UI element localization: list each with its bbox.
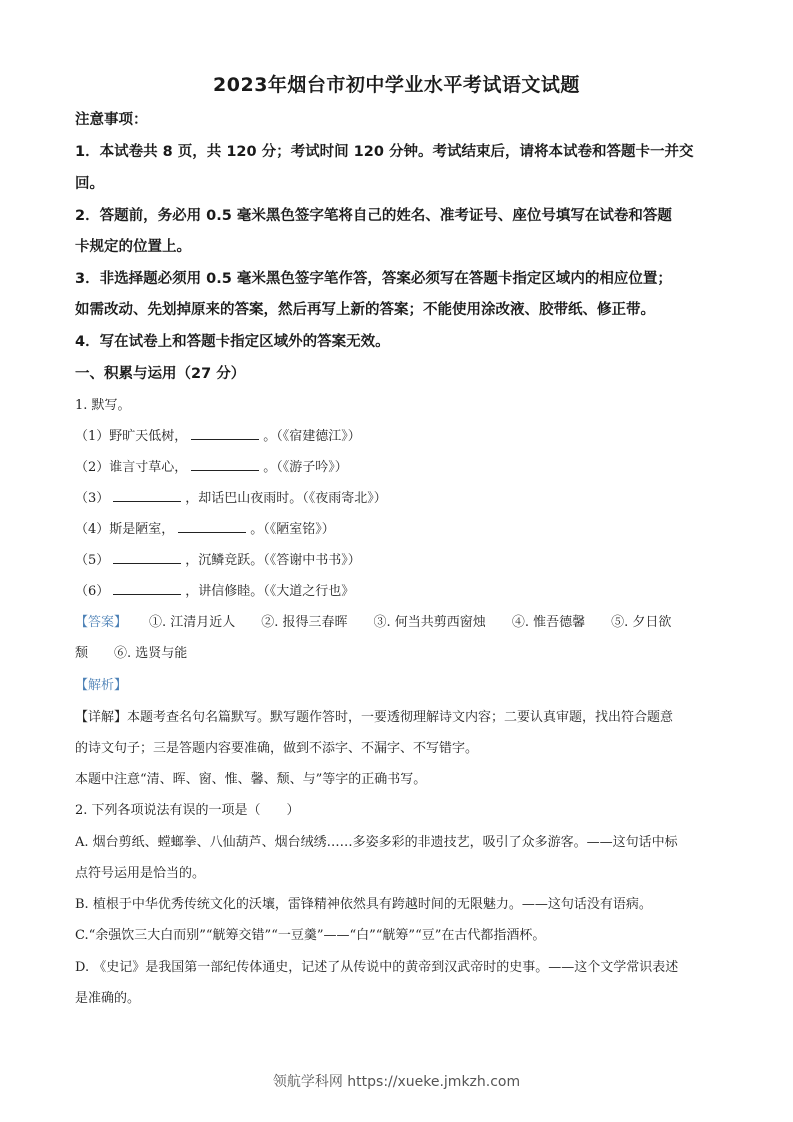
- exam-page: 2023年烟台市初中学业水平考试语文试题 注意事项： 1．本试卷共 8 页，共 …: [0, 0, 793, 1122]
- item-source: 。（《宿建德江》）: [263, 429, 361, 444]
- notice-item-1-cont: 回。: [75, 172, 725, 193]
- item-number: （4）: [75, 522, 109, 537]
- item-text: ，沉鳞竞跃。（《答谢中书书》）: [185, 553, 361, 568]
- q1-item-6: （6），讲信修睦。（《大道之行也》: [75, 580, 725, 599]
- notice-item-3-cont: 如需改动、先划掉原来的答案，然后再写上新的答案；不能使用涂改液、胶带纸、修正带。: [75, 298, 725, 319]
- item-source: 。（《游子吟》）: [263, 460, 348, 475]
- q1-item-5: （5），沉鳞竞跃。（《答谢中书书》）: [75, 549, 725, 568]
- answer-item: ⑤. 夕日欲: [611, 615, 671, 630]
- notice-item-4: 4．写在试卷上和答题卡指定区域外的答案无效。: [75, 330, 725, 351]
- page-title: 2023年烟台市初中学业水平考试语文试题: [0, 70, 793, 97]
- answer-item: ④. 惟吾德馨: [512, 615, 585, 630]
- q2-option-d-cont: 是准确的。: [75, 987, 725, 1006]
- detail-line-2: 的诗文句子；三是答题内容要准确，做到不添字、不漏字、不写错字。: [75, 737, 725, 756]
- notice-heading: 注意事项：: [75, 108, 725, 129]
- q2-option-c: C.“余强饮三大白而别”“觥筹交错”“一豆羹”——“白”“觥筹”“豆”在古代都指…: [75, 924, 725, 943]
- fill-blank: [191, 459, 259, 471]
- question-1-stem: 1. 默写。: [75, 394, 725, 413]
- answer-item: 颓: [75, 646, 88, 661]
- answer-label: 【答案】: [75, 615, 127, 630]
- item-text: 谁言寸草心，: [109, 460, 187, 475]
- item-text: 斯是陋室，: [109, 522, 174, 537]
- fill-blank: [178, 521, 246, 533]
- footer-watermark: 领航学科网 https://xueke.jmkzh.com: [0, 1071, 793, 1091]
- q2-option-d: D. 《史记》是我国第一部纪传体通史，记述了从传说中的黄帝到汉武帝时的史事。——…: [75, 956, 725, 975]
- item-source: 。（《陋室铭》）: [250, 522, 335, 537]
- answer-line: 【答案】①. 江清月近人②. 报得三春晖③. 何当共剪西窗烛④. 惟吾德馨⑤. …: [75, 611, 725, 630]
- item-number: （1）: [75, 429, 109, 444]
- q1-item-2: （2）谁言寸草心，。（《游子吟》）: [75, 456, 725, 475]
- item-text: ，讲信修睦。（《大道之行也》: [185, 584, 354, 599]
- item-number: （6）: [75, 584, 109, 599]
- item-number: （2）: [75, 460, 109, 475]
- answer-line-2: 颓⑥. 选贤与能: [75, 642, 725, 661]
- item-number: （3）: [75, 491, 109, 506]
- fill-blank: [113, 583, 181, 595]
- answer-item: ⑥. 选贤与能: [114, 646, 187, 661]
- q2-option-a: A. 烟台剪纸、螳螂拳、八仙葫芦、烟台绒绣……多姿多彩的非遗技艺，吸引了众多游客…: [75, 831, 725, 850]
- notice-item-3: 3．非选择题必须用 0.5 毫米黑色签字笔作答，答案必须写在答题卡指定区域内的相…: [75, 267, 725, 288]
- section-heading: 一、积累与运用（27 分）: [75, 362, 725, 383]
- q2-option-a-cont: 点符号运用是恰当的。: [75, 862, 725, 881]
- q1-item-4: （4）斯是陋室，。（《陋室铭》）: [75, 518, 725, 537]
- answer-item: ③. 何当共剪西窗烛: [374, 615, 486, 630]
- detail-line-3: 本题中注意“清、晖、窗、惟、馨、颓、与”等字的正确书写。: [75, 768, 725, 787]
- notice-item-2: 2．答题前，务必用 0.5 毫米黑色签字笔将自己的姓名、准考证号、座位号填写在试…: [75, 204, 725, 225]
- q1-item-1: （1）野旷天低树，。（《宿建德江》）: [75, 425, 725, 444]
- item-text: ，却话巴山夜雨时。（《夜雨寄北》）: [185, 491, 387, 506]
- q2-option-b: B. 植根于中华优秀传统文化的沃壤，雷锋精神依然具有跨越时间的无限魅力。——这句…: [75, 893, 725, 912]
- fill-blank: [191, 428, 259, 440]
- answer-item: ②. 报得三春晖: [261, 615, 347, 630]
- fill-blank: [113, 490, 181, 502]
- question-2-stem: 2. 下列各项说法有误的一项是（ ）: [75, 799, 725, 818]
- detail-line-1: 【详解】本题考查名句名篇默写。默写题作答时，一要透彻理解诗文内容；二要认真审题，…: [75, 706, 725, 725]
- analysis-label: 【解析】: [75, 674, 725, 693]
- fill-blank: [113, 552, 181, 564]
- notice-item-1: 1．本试卷共 8 页，共 120 分；考试时间 120 分钟。考试结束后，请将本…: [75, 140, 725, 161]
- answer-item: ①. 江清月近人: [149, 615, 235, 630]
- q1-item-3: （3），却话巴山夜雨时。（《夜雨寄北》）: [75, 487, 725, 506]
- item-number: （5）: [75, 553, 109, 568]
- notice-item-2-cont: 卡规定的位置上。: [75, 235, 725, 256]
- item-text: 野旷天低树，: [109, 429, 187, 444]
